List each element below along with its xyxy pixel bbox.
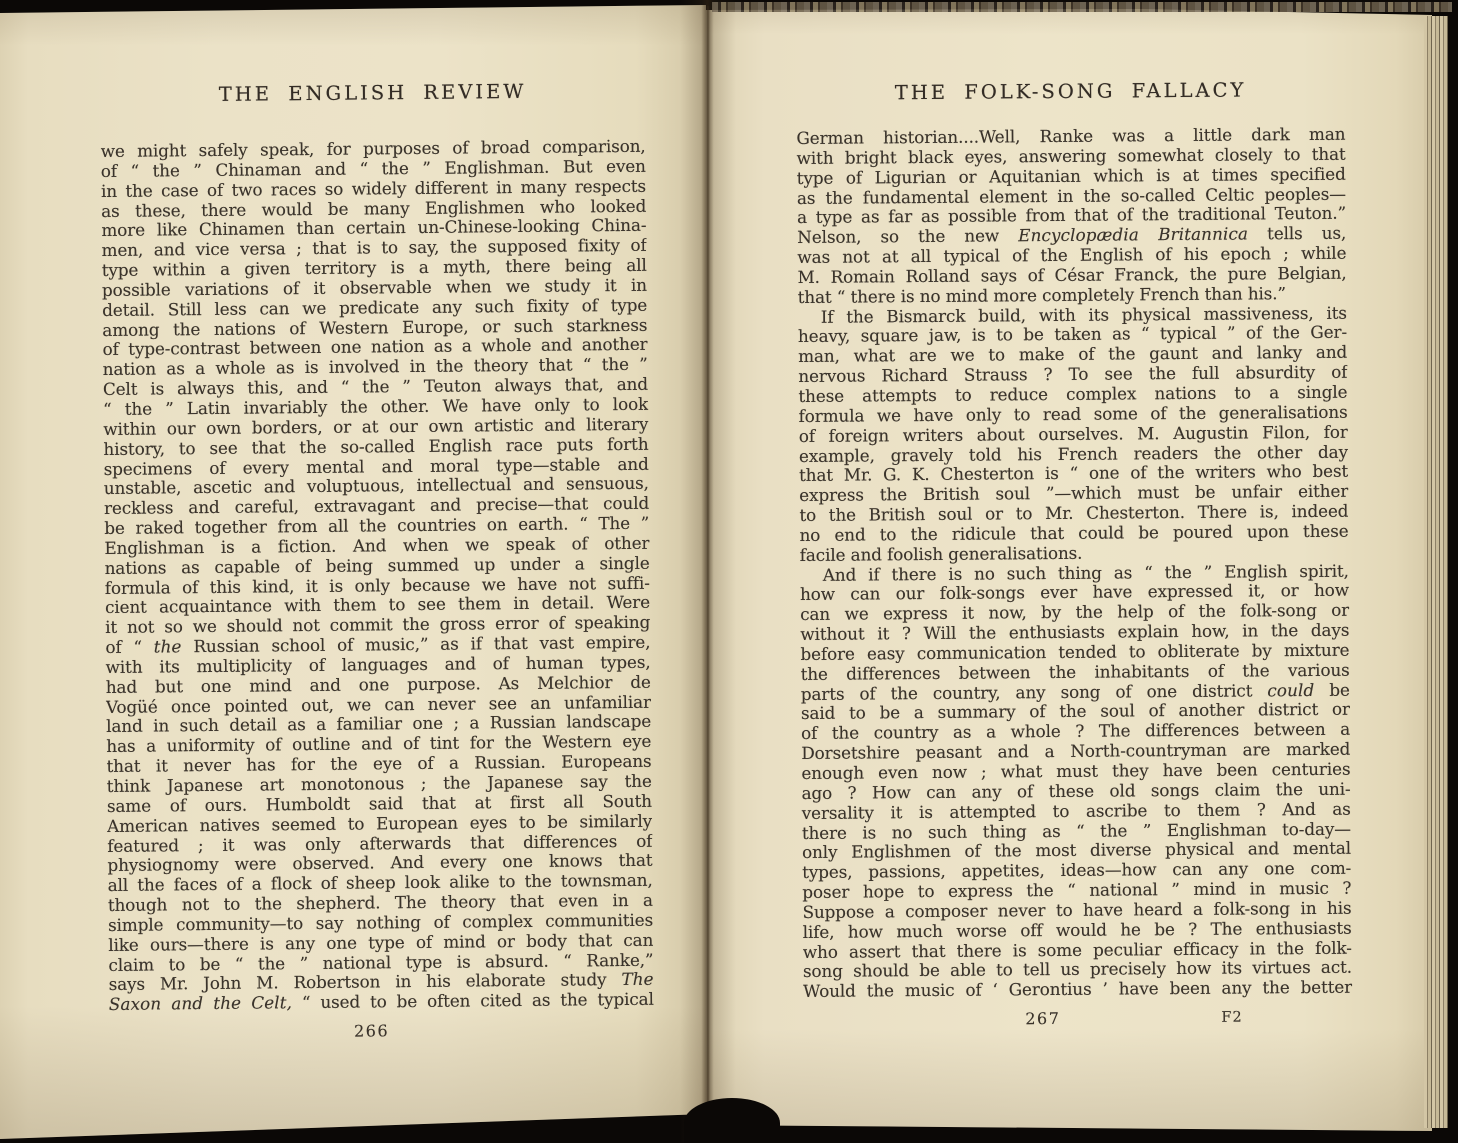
signature-mark: F2 <box>1221 1010 1242 1026</box>
page-top-edge-texture <box>712 2 1452 12</box>
text-line: Would the music of ‘ Gerontius ’ have be… <box>803 978 1352 1002</box>
left-page-print: THE ENGLISH REVIEW we might safely speak… <box>100 79 654 1046</box>
book-spread: THE ENGLISH REVIEW we might safely speak… <box>0 0 1458 1143</box>
page-number-left: 266 <box>89 1019 654 1043</box>
gutter-line <box>707 6 709 1128</box>
running-header-right: THE FOLK-SONG FALLACY <box>796 78 1345 105</box>
right-page-print: THE FOLK-SONG FALLACY German historian..… <box>796 78 1352 1033</box>
left-body-text: we might safely speak, for purposes of b… <box>101 137 654 1015</box>
right-page-footer: 267 F2 <box>803 1007 1352 1033</box>
text-line: Saxon and the Celt, “ used to be often c… <box>109 990 654 1015</box>
binding-bottom-notch <box>684 1098 780 1143</box>
running-header-left: THE ENGLISH REVIEW <box>100 79 645 107</box>
page-number-right: 267 <box>803 1007 1282 1030</box>
right-body-text: German historian....Well, Ranke was a li… <box>796 125 1352 1002</box>
fore-edge-page-stack <box>1424 16 1454 1128</box>
